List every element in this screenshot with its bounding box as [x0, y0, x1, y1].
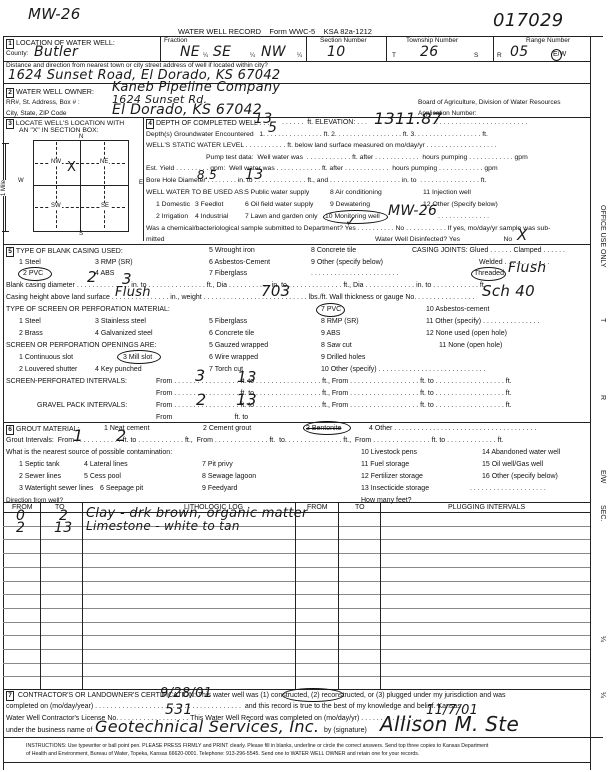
contam-16[interactable]: 16 Other (specify below): [482, 473, 558, 480]
opening-4[interactable]: 4 Key punched: [95, 366, 142, 373]
depth-suffix: . . . . . . ft. ELEVATION: . . .: [282, 119, 367, 126]
screen-selected-circle: [316, 303, 345, 317]
opening-6[interactable]: 6 Wire wrapped: [209, 354, 258, 361]
screen-interval-row2: From . . . . . . . . . . . . . . . . . f…: [156, 390, 512, 397]
contam-8[interactable]: 8 Sewage lagoon: [202, 473, 256, 480]
opening-1[interactable]: 1 Continuous slot: [19, 354, 73, 361]
quadrant-nw[interactable]: NW: [50, 159, 62, 165]
screen-3[interactable]: 3 Stainless steel: [95, 318, 146, 325]
office-t: T: [599, 318, 606, 322]
contam-7[interactable]: 7 Pit privy: [202, 461, 233, 468]
gravel-to-field[interactable]: 13: [236, 390, 257, 409]
west-label: W: [18, 178, 24, 184]
business-field[interactable]: Geotechnical Services, Inc.: [95, 717, 319, 736]
sample-no-mark[interactable]: ✓: [345, 214, 357, 230]
dots: . . . . . . . . . . . . . . . . . . . . …: [311, 270, 399, 277]
casing-1[interactable]: 1 Steel: [19, 259, 41, 266]
county-field[interactable]: Butler: [34, 44, 78, 60]
casing-8[interactable]: 8 Concrete tile: [311, 247, 356, 254]
contam-9[interactable]: 9 Feedyard: [202, 485, 237, 492]
township-label: Township Number: [406, 37, 458, 44]
township-prefix: T: [392, 52, 396, 59]
well-tag: MW-26: [28, 5, 81, 23]
gravel-interval-row1: From . . . . . . . . . . . . . . . . . f…: [156, 402, 512, 409]
casing-3[interactable]: 3 RMP (SR): [95, 259, 133, 266]
office-q2: ¼: [599, 692, 606, 698]
sample-suffix2: mitted: [146, 236, 165, 243]
screen-material-title: TYPE OF SCREEN OR PERFORATION MATERIAL:: [6, 306, 170, 313]
casing-9[interactable]: 9 Other (specify below): [311, 259, 383, 266]
license-field[interactable]: 531: [165, 702, 193, 718]
gravel-from-field[interactable]: 2: [196, 390, 206, 409]
quarter-symbol: ¼: [250, 53, 255, 59]
section3-title-line2: AN "X" IN SECTION BOX:: [19, 127, 99, 134]
contam-12[interactable]: 12 Fertilizer storage: [361, 473, 423, 480]
gravel-interval-row2: From ft. to: [156, 414, 248, 421]
log-header-plugging: PLUGGING INTERVALS: [448, 504, 525, 511]
joints-selected-circle: [471, 267, 506, 281]
address-label: RR#, St. Address, Box # :: [6, 99, 80, 106]
casing-7[interactable]: 7 Fiberglass: [209, 270, 247, 277]
completed-date-field[interactable]: 9/28/01: [160, 686, 212, 701]
screen-interval-row1: From . . . . . . . . . . . . . . . . . f…: [156, 378, 512, 385]
screen-12[interactable]: 12 None used (open hole): [426, 330, 507, 337]
log-row2-to[interactable]: 13: [54, 520, 72, 536]
contam-5[interactable]: 5 Cess pool: [84, 473, 121, 480]
record-number: 017029: [493, 10, 564, 31]
casing-5[interactable]: 5 Wrought iron: [209, 247, 255, 254]
screen-10[interactable]: 10 Asbestos-cement: [426, 306, 489, 313]
section-number-field[interactable]: 10: [327, 44, 345, 60]
opening-5[interactable]: 5 Gauzed wrapped: [209, 342, 268, 349]
screen-11[interactable]: 11 Other (specify) . . . . . . . . . . .…: [426, 318, 539, 325]
contam-13[interactable]: 13 Insecticide storage: [361, 485, 429, 492]
quadrant-sw[interactable]: SW: [50, 203, 62, 209]
screen-4[interactable]: 4 Galvanized steel: [95, 330, 153, 337]
quadrant-ne[interactable]: NE: [99, 159, 109, 165]
grout-title: 6 GROUT MATERIAL:: [6, 425, 79, 435]
screen-9[interactable]: 9 ABS: [321, 330, 340, 337]
office-r: R: [599, 395, 606, 400]
quadrant-se[interactable]: SE: [100, 203, 110, 209]
fraction-label: Fraction: [164, 37, 187, 44]
height-row: Casing height above land surface . . . .…: [6, 294, 475, 301]
disinfected-row: Water Well Disinfected? Yes No: [375, 236, 512, 243]
grout-from-field[interactable]: 1: [73, 426, 83, 445]
use-5[interactable]: 5 Public water supply: [245, 189, 309, 196]
blank-dia-field[interactable]: 2: [87, 268, 97, 286]
gravel-intervals-label: GRAVEL PACK INTERVALS:: [37, 402, 127, 409]
office-q1: ¼: [599, 636, 606, 642]
statute: KSA 82a-1212: [324, 27, 372, 36]
grout-2[interactable]: 2 Cement grout: [203, 425, 251, 432]
screen-6[interactable]: 6 Concrete tile: [209, 330, 254, 337]
contam-3[interactable]: 3 Watertight sewer lines: [19, 485, 93, 492]
casing-4[interactable]: 4 ABS: [95, 270, 114, 277]
location-mark: X: [67, 160, 76, 175]
range-prefix: R: [497, 52, 502, 59]
opening-10[interactable]: 10 Other (specify) . . . . . . . . . . .…: [321, 366, 486, 373]
city-field[interactable]: El Dorado, KS 67042: [112, 102, 262, 118]
gauge-field[interactable]: Sch 40: [482, 282, 535, 300]
form-title-text: WATER WELL RECORD: [178, 27, 261, 36]
signature-field[interactable]: Allison M. Ste: [380, 712, 519, 736]
cert-row1: 7 CONTRACTOR'S OR LANDOWNER'S CERTIFICAT…: [6, 691, 506, 701]
cert-row2: completed on (mo/day/year) . . . . . . .…: [6, 703, 461, 710]
contam-4[interactable]: 4 Lateral lines: [84, 461, 128, 468]
office-sec: SEC.: [599, 505, 606, 521]
constructed-circle: [282, 688, 344, 702]
form-title: WATER WELL RECORD Form WWC-5 KSA 82a-121…: [178, 27, 372, 36]
casing-selected-circle: [18, 267, 52, 281]
business-label: under the business name of: [6, 727, 92, 734]
use-6[interactable]: 6 Oil field water supply: [245, 201, 313, 208]
depth-row: 4 DEPTH OF COMPLETED WELL . . .: [146, 119, 269, 129]
screen-intervals-label: SCREEN-PERFORATED INTERVALS:: [6, 378, 127, 385]
signature-label: by (signature): [324, 727, 367, 734]
grout-to-field[interactable]: 2: [116, 426, 126, 445]
instructions-line2: of Health and Environment, Bureau of Wat…: [26, 751, 419, 757]
opening-8[interactable]: 8 Saw cut: [321, 342, 352, 349]
use-4[interactable]: 4 Industrial: [195, 213, 228, 220]
quarter-symbol: ¼: [297, 53, 302, 59]
contam-6[interactable]: 6 Seepage pit: [100, 485, 143, 492]
opening-9[interactable]: 9 Drilled holes: [321, 354, 365, 361]
use-7[interactable]: 7 Lawn and garden only: [245, 213, 318, 220]
weight-field[interactable]: 703: [261, 282, 291, 300]
bore-dia-field[interactable]: 8.5: [197, 168, 217, 182]
log-row2-description[interactable]: Limestone - white to tan: [86, 519, 240, 533]
use-2[interactable]: 2 Irrigation: [156, 213, 188, 220]
section-box[interactable]: [33, 140, 129, 232]
dots: . . . . . . . . . . . . . . . . . . . .: [470, 485, 546, 492]
static-row: WELL'S STATIC WATER LEVEL . . . . . . . …: [146, 142, 497, 149]
log-row2-from[interactable]: 2: [16, 520, 25, 536]
dots: . . . . . . . . . . . . . . . . . . . . …: [432, 119, 527, 126]
use-11[interactable]: 11 Injection well: [423, 189, 471, 196]
fraction-q3[interactable]: NW: [261, 44, 286, 60]
range-label: Range Number: [526, 37, 570, 44]
log-header-from2: FROM: [307, 504, 328, 511]
section2-title: 2 WATER WELL OWNER:: [6, 87, 94, 98]
township-field[interactable]: 26: [420, 44, 438, 60]
disinfected-no-mark[interactable]: X: [517, 226, 528, 244]
joints-row: CASING JOINTS: Glued . . . . . . Clamped…: [412, 247, 565, 254]
grout-selected-circle: [303, 421, 351, 435]
screen-2[interactable]: 2 Brass: [19, 330, 43, 337]
use-8[interactable]: 8 Air conditioning: [330, 189, 382, 196]
groundwater-row: Depth(s) Groundwater Encountered 1. . . …: [146, 131, 488, 138]
mile-scale-label: 1 Mile: [1, 180, 7, 196]
use-3[interactable]: 3 Feedlot: [195, 201, 223, 208]
contam-1[interactable]: 1 Septic tank: [19, 461, 59, 468]
contam-15[interactable]: 15 Oil well/Gas well: [482, 461, 543, 468]
bore-to-field[interactable]: 13: [245, 167, 263, 183]
opening-11[interactable]: 11 None (open hole): [439, 342, 502, 349]
contam-11[interactable]: 11 Fuel storage: [361, 461, 409, 468]
contam-10[interactable]: 10 Livestock pens: [361, 449, 417, 456]
quarter-symbol: ¼: [203, 53, 208, 59]
section-number-label: Section Number: [320, 37, 367, 44]
screen-1[interactable]: 1 Steel: [19, 318, 41, 325]
grout-1[interactable]: 1 Neat cement: [104, 425, 150, 432]
board-label: Board of Agriculture, Division of Water …: [418, 99, 560, 106]
screen-8[interactable]: 8 RMP (SR): [321, 318, 359, 325]
county-label: County:: [6, 50, 28, 57]
office-use-label: OFFICE USE ONLY: [599, 205, 606, 268]
dots: . . . . . . . . . . . . . .: [438, 213, 489, 220]
gw1-field[interactable]: 5: [268, 120, 277, 136]
city-label: City, State, ZIP Code: [6, 110, 66, 117]
screen-5[interactable]: 5 Fiberglass: [209, 318, 247, 325]
use-1[interactable]: 1 Domestic: [156, 201, 190, 208]
grout-4[interactable]: 4 Other . . . . . . . . . . . . . . . . …: [369, 425, 536, 432]
casing-6[interactable]: 6 Asbestos-Cement: [209, 259, 270, 266]
range-east-circle: [551, 49, 562, 61]
opening-2[interactable]: 2 Louvered shutter: [19, 366, 77, 373]
openings-title: SCREEN OR PERFORATION OPENINGS ARE:: [6, 342, 156, 349]
use-9[interactable]: 9 Dewatering: [330, 201, 370, 208]
blank-dia-row: Blank casing diameter . . . . . . . . . …: [6, 282, 486, 289]
opening-selected-circle: [117, 350, 161, 364]
fraction-q1[interactable]: NE: [180, 44, 200, 60]
fraction-q2[interactable]: SE: [213, 44, 231, 60]
form-number: Form WWC-5: [269, 27, 315, 36]
contamination-label: What is the nearest source of possible c…: [6, 449, 172, 456]
height-field[interactable]: Flush: [115, 285, 151, 300]
range-field[interactable]: 05: [510, 44, 528, 60]
township-suffix: S: [474, 52, 478, 59]
use-label: WELL WATER TO BE USED AS:: [146, 189, 245, 196]
east-label: E: [139, 180, 143, 186]
screen-to-field[interactable]: 13: [237, 368, 257, 386]
blank-casing-title: 5 TYPE OF BLANK CASING USED:: [6, 247, 123, 257]
instructions-line1: INSTRUCTIONS: Use typewriter or ball poi…: [26, 743, 488, 749]
screen-from-field[interactable]: 3: [195, 366, 205, 385]
joints-note[interactable]: Flush: [508, 260, 546, 276]
contam-2[interactable]: 2 Sewer lines: [19, 473, 61, 480]
office-ew: E/W: [599, 470, 606, 483]
log-header-to2: TO: [355, 504, 365, 511]
pump-row: Pump test data: Well water was . . . . .…: [206, 154, 528, 161]
other-use-field[interactable]: MW-26: [388, 203, 437, 219]
contam-14[interactable]: 14 Abandoned water well: [482, 449, 560, 456]
